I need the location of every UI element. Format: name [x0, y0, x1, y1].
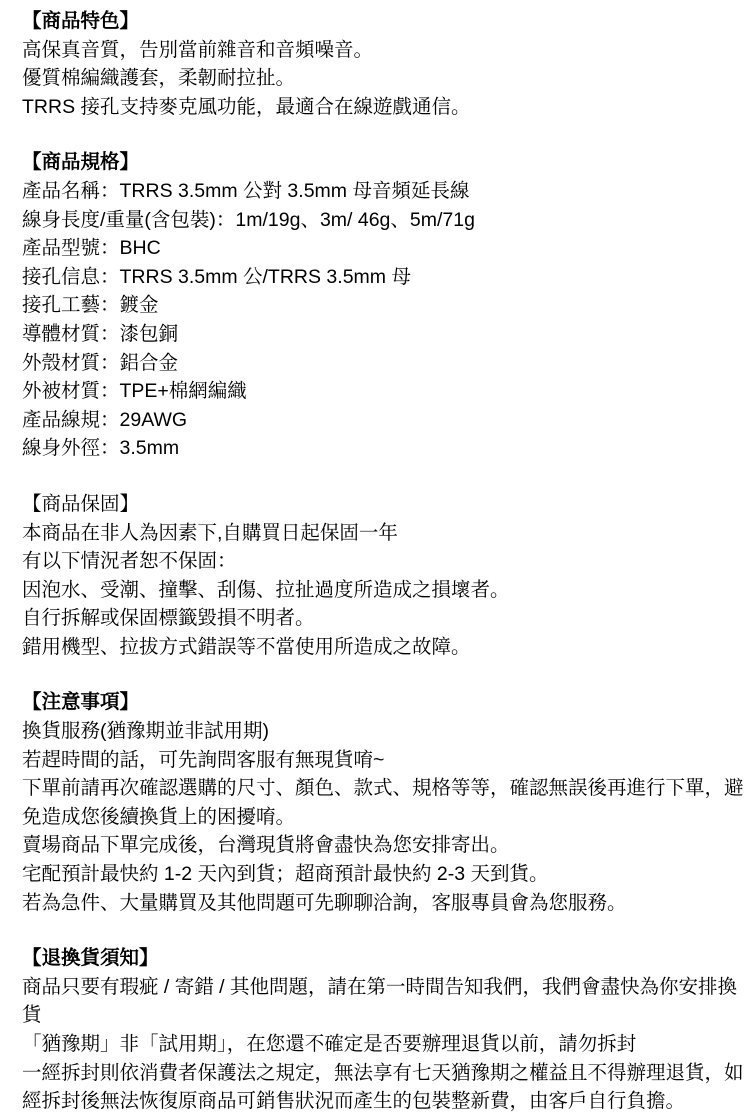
section-title: 【商品規格】: [22, 148, 746, 177]
description-line: 外殼材質：鋁合金: [22, 349, 746, 378]
description-line: 賣場商品下單完成後，台灣現貨將會盡快為您安排寄出。: [22, 831, 746, 860]
description-line: 產品名稱：TRRS 3.5mm 公對 3.5mm 母音頻延長線: [22, 177, 746, 206]
section-title: 【注意事項】: [22, 688, 746, 717]
description-line: 線身外徑：3.5mm: [22, 434, 746, 463]
description-line: 錯用機型、拉拔方式錯誤等不當使用所造成之故障。: [22, 633, 746, 662]
description-line: 產品型號：BHC: [22, 234, 746, 263]
description-line: 一經拆封則依消費者保護法之規定，無法享有七天猶豫期之權益且不得辦理退貨，如經拆封…: [22, 1059, 746, 1116]
description-line: 接孔信息：TRRS 3.5mm 公/TRRS 3.5mm 母: [22, 263, 746, 292]
description-line: 接孔工藝：鍍金: [22, 291, 746, 320]
description-line: 導體材質：漆包銅: [22, 320, 746, 349]
description-line: 線身長度/重量(含包裝)：1m/19g、3m/ 46g、5m/71g: [22, 206, 746, 235]
description-line: 換貨服務(猶豫期並非試用期): [22, 717, 746, 746]
description-line: 優質棉編織護套，柔韌耐拉扯。: [22, 64, 746, 93]
description-line: 若為急件、大量購買及其他問題可先聊聊洽詢，客服專員會為您服務。: [22, 889, 746, 918]
description-line: 若趕時間的話，可先詢問客服有無現貨唷~: [22, 746, 746, 775]
description-section: 【注意事項】換貨服務(猶豫期並非試用期)若趕時間的話，可先詢問客服有無現貨唷~下…: [22, 688, 746, 917]
product-description-page: 【商品特色】高保真音質，告別當前雜音和音頻噪音。優質棉編織護套，柔韌耐拉扯。TR…: [0, 0, 750, 1116]
description-sections: 【商品特色】高保真音質，告別當前雜音和音頻噪音。優質棉編織護套，柔韌耐拉扯。TR…: [22, 7, 746, 1116]
description-line: 本商品在非人為因素下,自購買日起保固一年: [22, 519, 746, 548]
description-line: 自行拆解或保固標籤毀損不明者。: [22, 604, 746, 633]
description-line: 因泡水、受潮、撞擊、刮傷、拉扯過度所造成之損壞者。: [22, 576, 746, 605]
description-line: 產品線規：29AWG: [22, 406, 746, 435]
description-line: 宅配預計最快約 1-2 天內到貨；超商預計最快約 2-3 天到貨。: [22, 860, 746, 889]
description-section: 【商品規格】產品名稱：TRRS 3.5mm 公對 3.5mm 母音頻延長線線身長…: [22, 148, 746, 463]
description-section: 【商品特色】高保真音質，告別當前雜音和音頻噪音。優質棉編織護套，柔韌耐拉扯。TR…: [22, 7, 746, 121]
section-title: 【商品保固】: [22, 490, 746, 519]
section-title: 【商品特色】: [22, 7, 746, 36]
description-line: 外被材質：TPE+棉網編織: [22, 377, 746, 406]
description-section: 【商品保固】本商品在非人為因素下,自購買日起保固一年有以下情況者恕不保固：因泡水…: [22, 490, 746, 662]
description-line: TRRS 接孔支持麥克風功能，最適合在線遊戲通信。: [22, 93, 746, 122]
description-line: 高保真音質，告別當前雜音和音頻噪音。: [22, 36, 746, 65]
description-line: 商品只要有瑕疵 / 寄錯 / 其他問題，請在第一時間告知我們，我們會盡快為你安排…: [22, 973, 746, 1030]
section-title: 【退換貨須知】: [22, 944, 746, 973]
description-line: 有以下情況者恕不保固：: [22, 547, 746, 576]
description-line: 「猶豫期」非「試用期」，在您還不確定是否要辦理退貨以前，請勿拆封: [22, 1030, 746, 1059]
description-line: 下單前請再次確認選購的尺寸、顏色、款式、規格等等，確認無誤後再進行下單，避免造成…: [22, 774, 746, 831]
description-section: 【退換貨須知】商品只要有瑕疵 / 寄錯 / 其他問題，請在第一時間告知我們，我們…: [22, 944, 746, 1116]
